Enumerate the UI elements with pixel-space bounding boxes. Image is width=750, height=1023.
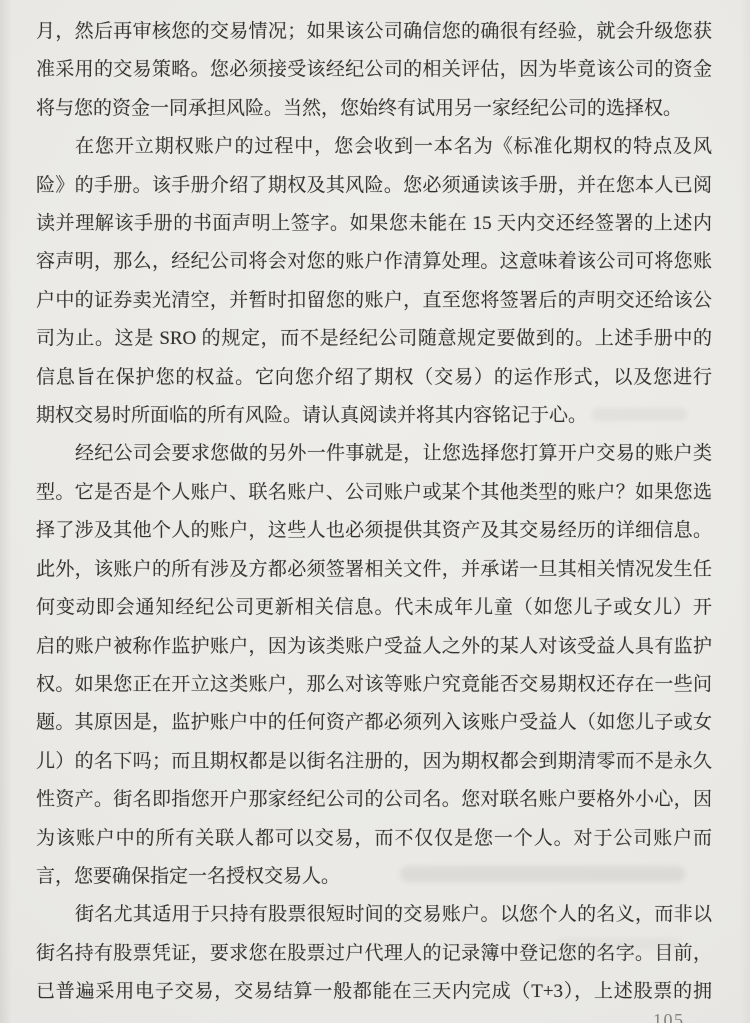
text-line: 启的账户被称作监护账户，因为该类账户受益人之外的某人对该受益人具有监护	[36, 628, 712, 666]
text-line: 何变动即会通知经纪公司更新相关信息。代未成年儿童（如您儿子或女儿）开	[36, 589, 712, 627]
text-line: 经纪公司会要求您做的另外一件事就是，让您选择您打算开户交易的账户类	[36, 435, 712, 473]
text-line: 儿）的名下吗；而且期权都是以街名注册的，因为期权都会到期清零而不是永久	[36, 743, 712, 781]
text-line: 容声明，那么，经纪公司将会对您的账户作清算处理。这意味着该公司可将您账	[36, 243, 712, 281]
text-line: 险》的手册。该手册介绍了期权及其风险。您必须通读该手册，并在您本人已阅	[36, 167, 712, 205]
text-line: 准采用的交易策略。您必须接受该经纪公司的相关评估，因为毕竟该公司的资金	[36, 51, 712, 89]
scan-smudge	[592, 408, 687, 421]
text-line: 街名尤其适用于只持有股票很短时间的交易账户。以您个人的名义，而非以	[36, 896, 712, 934]
text-column: 月，然后再审核您的交易情况；如果该公司确信您的确很有经验，就会升级您获 准采用的…	[36, 13, 712, 1012]
scanned-book-page: 月，然后再审核您的交易情况；如果该公司确信您的确很有经验，就会升级您获 准采用的…	[0, 0, 750, 1023]
text-line: 已普遍采用电子交易，交易结算一般都能在三天内完成（T+3），上述股票的拥	[36, 973, 712, 1011]
text-line: 信息旨在保护您的权益。它向您介绍了期权（交易）的运作形式，以及您进行	[36, 359, 712, 397]
text-line: 读并理解该手册的书面声明上签字。如果您未能在 15 天内交还经签署的上述内	[36, 205, 712, 243]
text-line: 为该账户中的所有关联人都可以交易，而不仅仅是您一个人。对于公司账户而	[36, 820, 712, 858]
text-line: 题。其原因是，监护账户中的任何资产都必须列入该账户受益人（如您儿子或女	[36, 704, 712, 742]
text-line: 将与您的资金一同承担风险。当然，您始终有试用另一家经纪公司的选择权。	[36, 90, 712, 128]
page-number: 105	[653, 1010, 685, 1023]
text-line: 户中的证券卖光清空，并暂时扣留您的账户，直至您将签署后的声明交还给该公	[36, 282, 712, 320]
text-line: 司为止。这是 SRO 的规定，而不是经纪公司随意规定要做到的。上述手册中的	[36, 320, 712, 358]
text-line: 择了涉及其他个人的账户，这些人也必须提供其资产及其交易经历的详细信息。	[36, 512, 712, 550]
text-line: 此外，该账户的所有涉及方都必须签署相关文件，并承诺一旦其相关情况发生任	[36, 551, 712, 589]
scan-smudge	[400, 866, 685, 882]
text-line: 性资产。街名即指您开户那家经纪公司的公司名。您对联名账户要格外小心，因	[36, 781, 712, 819]
text-line: 权。如果您正在开立这类账户，那么对该等账户究竟能否交易期权还存在一些问	[36, 666, 712, 704]
text-line: 型。它是否是个人账户、联名账户、公司账户或某个其他类型的账户？如果您选	[36, 474, 712, 512]
text-line: 在您开立期权账户的过程中，您会收到一本名为《标准化期权的特点及风	[36, 128, 712, 166]
text-line: 月，然后再审核您的交易情况；如果该公司确信您的确很有经验，就会升级您获	[36, 13, 712, 51]
scan-smudge	[556, 938, 680, 950]
